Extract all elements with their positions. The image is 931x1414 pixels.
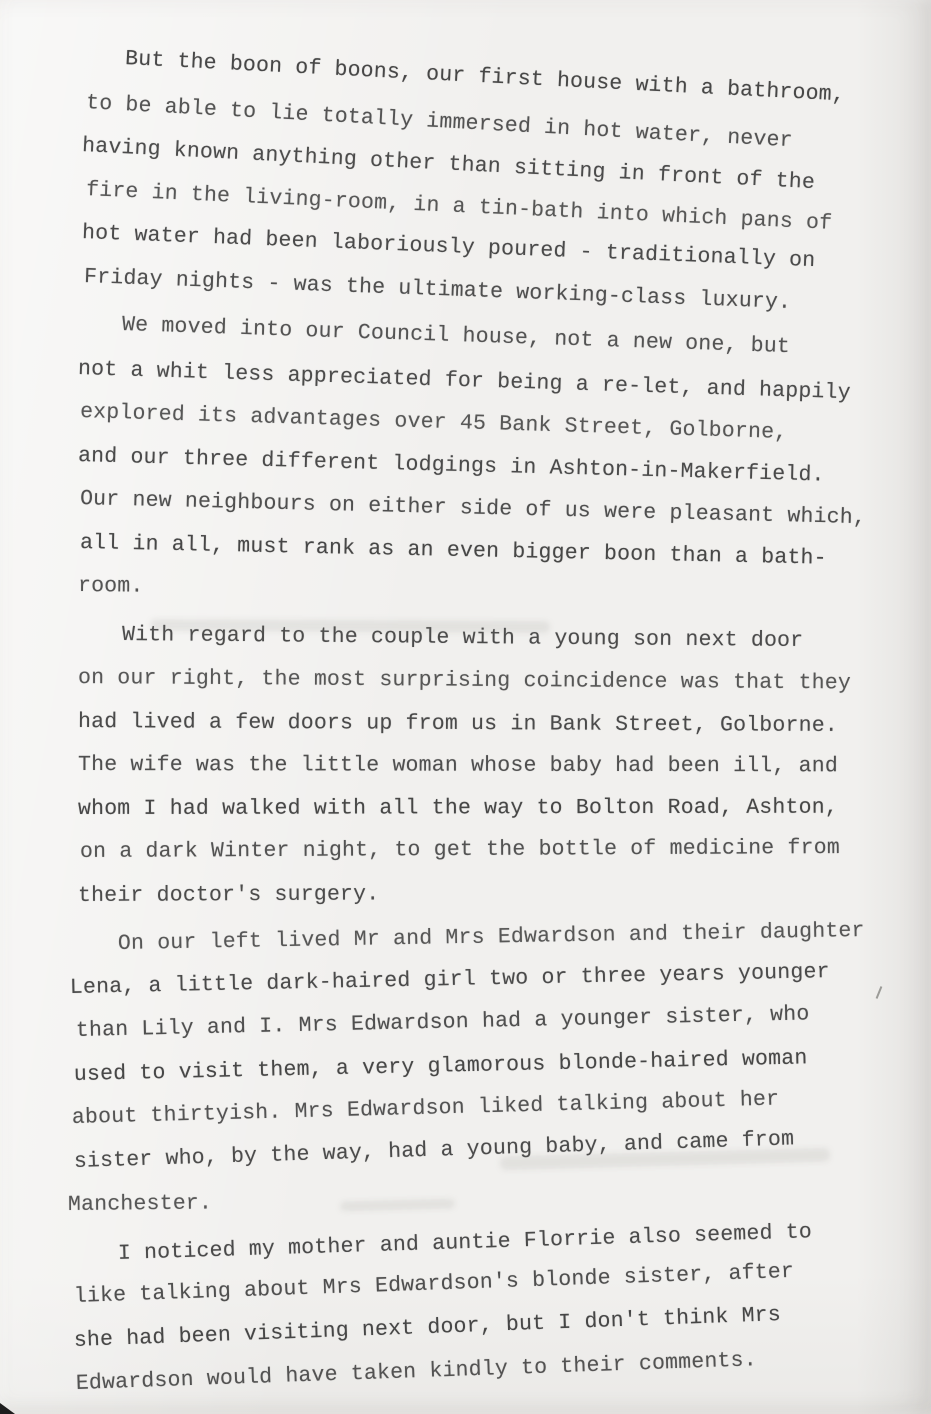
bleed-through-smudge [150,619,550,633]
scanned-page: But the boon of boons, our first house w… [0,0,931,1414]
text-line: on our right, the most surprising coinci… [78,657,931,706]
scan-corner-artifact [0,1403,15,1414]
text-line: had lived a few doors up from us in Bank… [78,701,931,749]
text-line: on a dark Winter night, to get the bottl… [80,827,931,875]
paragraph: With regard to the couple with a young s… [78,614,931,919]
text-line: The wife was the little woman whose baby… [78,744,931,789]
text-line: whom I had walked with all the way to Bo… [78,786,931,831]
paragraph: I noticed my mother and auntie Florrie a… [78,1233,931,1407]
typewritten-text: But the boon of boons, our first house w… [78,38,931,1407]
text-line: room. [78,565,931,617]
paragraph: We moved into our Council house, not a n… [78,304,931,609]
paragraph: But the boon of boons, our first house w… [78,38,931,299]
paragraph: On our left lived Mr and Mrs Edwardson a… [78,923,931,1228]
